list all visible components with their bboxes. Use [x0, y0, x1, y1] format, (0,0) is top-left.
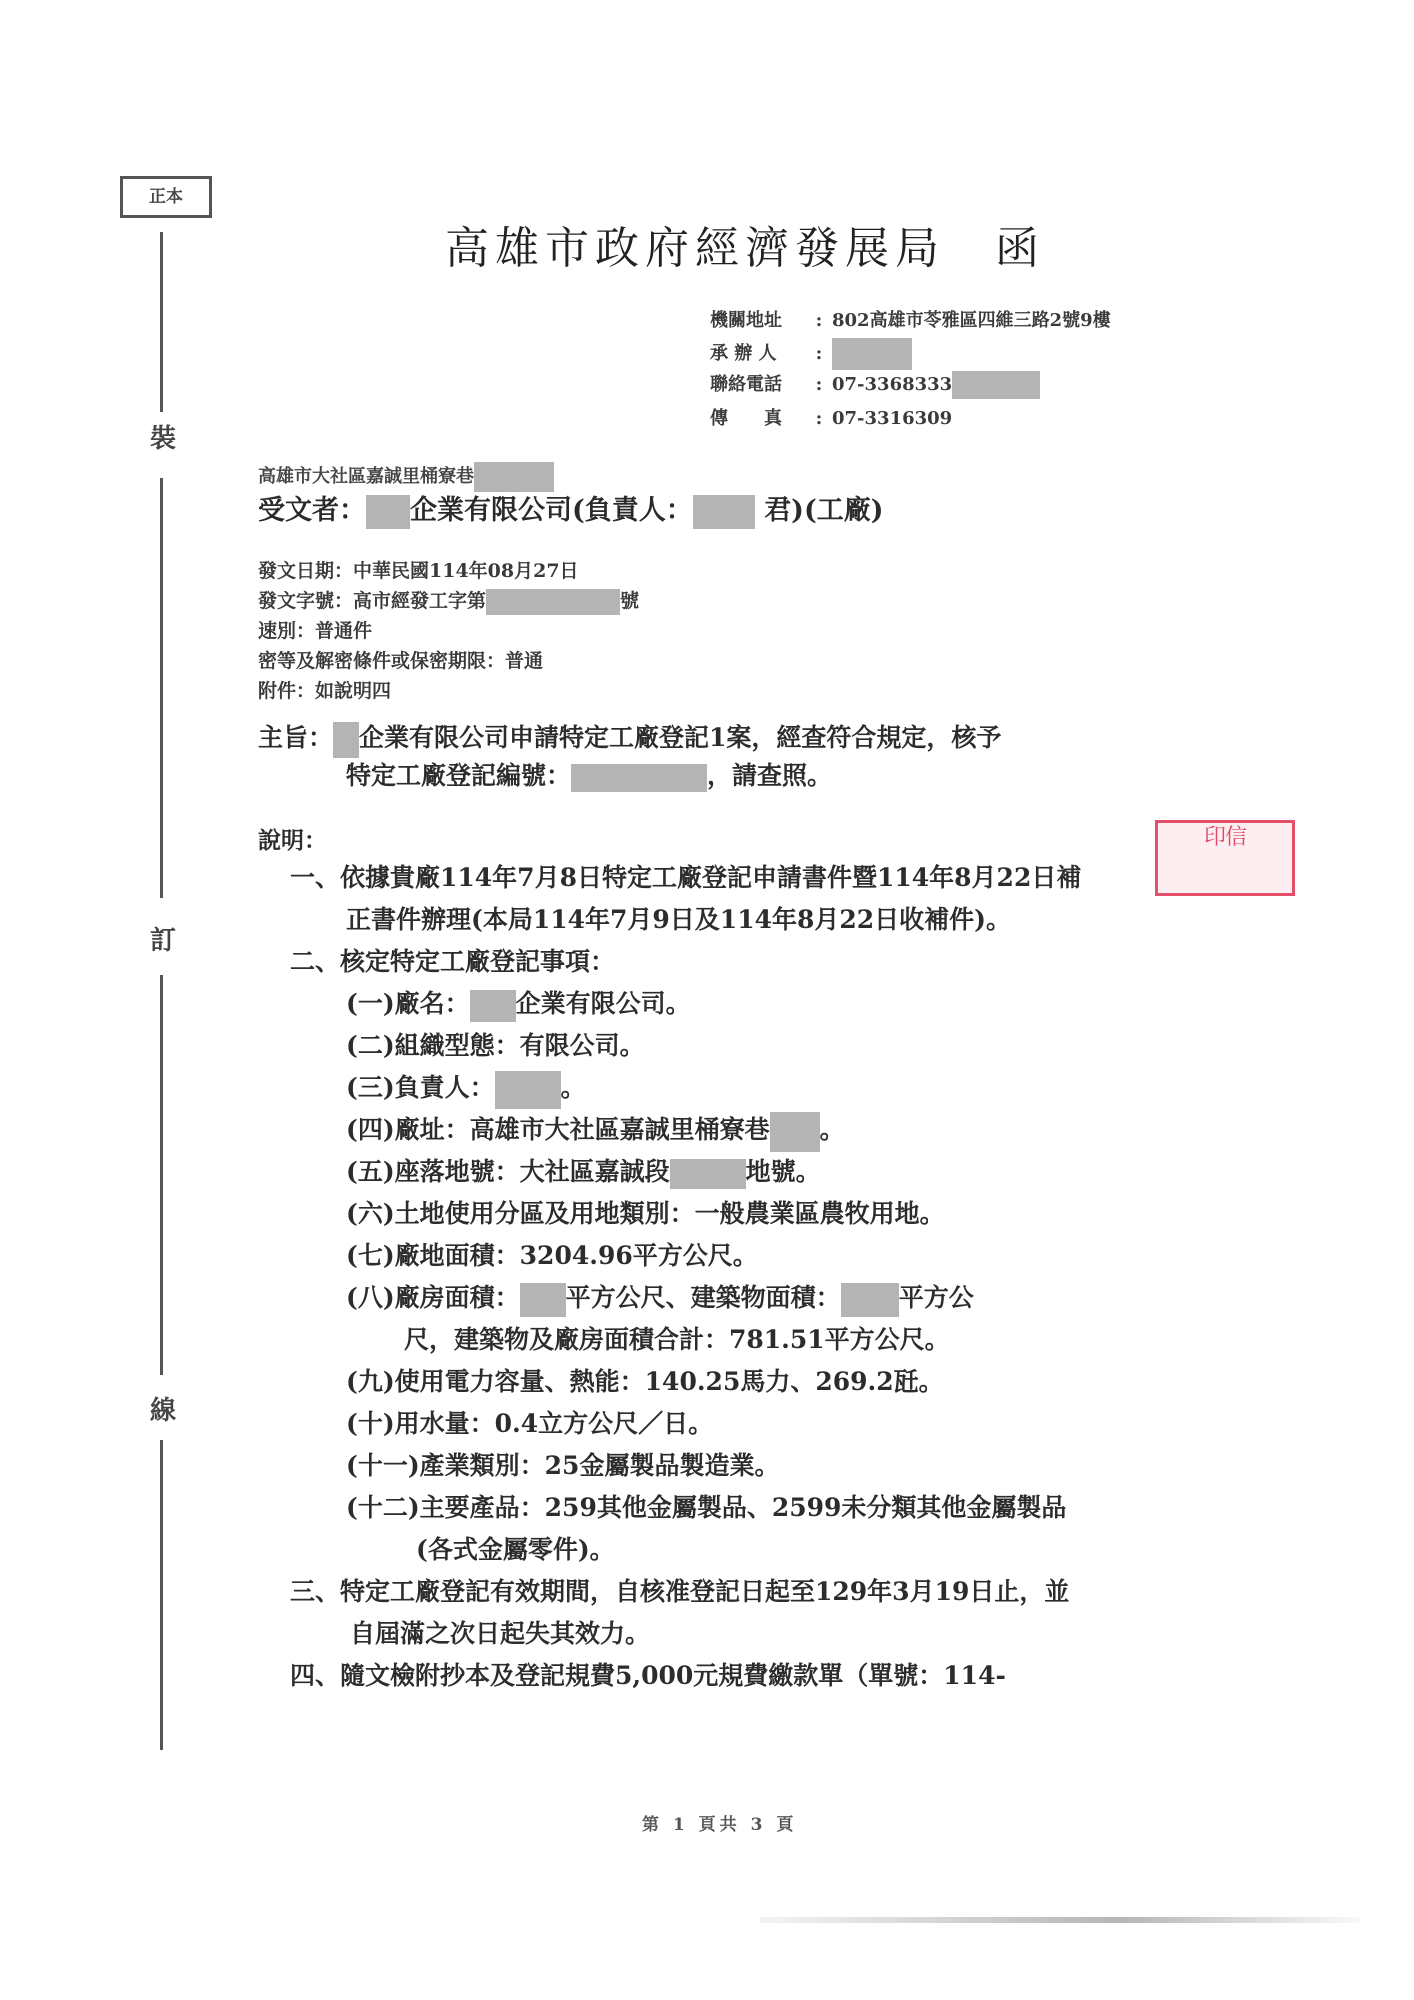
explanation-item-2-heading: 二、核定特定工廠登記事項： [290, 942, 615, 978]
phone-row: 聯絡電話:07-3368333 [710, 370, 1040, 399]
item-organization-type: (二)組織型態：有限公司。 [346, 1026, 645, 1062]
redacted-owner [495, 1071, 561, 1109]
phone-value: 07-3368333 [832, 374, 952, 395]
attachment-note: 附件：如說明四 [258, 676, 391, 703]
redacted-building-area [841, 1283, 899, 1317]
redacted-doc-number [486, 589, 620, 615]
explanation-item-4-line-1: 四、隨文檢附抄本及登記規費5,000元規費繳款單（單號：114- [290, 1656, 1006, 1692]
explanation-item-1-line-1: 一、依據貴廠114年7月8日特定工廠登記申請書件暨114年8月22日補 [290, 858, 1081, 894]
binding-line [160, 975, 163, 1375]
item-building-area-line-2: 尺，建築物及廠房面積合計：781.51平方公尺。 [404, 1320, 950, 1356]
item-main-products: (十二)主要產品：259其他金屬製品、2599未分類其他金屬製品 [346, 1488, 1066, 1524]
secrecy-level: 密等及解密條件或保密期限：普通 [258, 646, 543, 673]
copy-type-box: 正本 [120, 176, 212, 218]
item-land-use-zoning: (六)土地使用分區及用地類別：一般農業區農牧用地。 [346, 1194, 945, 1230]
redacted-company [333, 722, 359, 758]
redacted-company [470, 990, 516, 1022]
item-responsible-person: (三)負責人：。 [346, 1068, 586, 1109]
redacted-handler [832, 338, 912, 370]
redacted-registration-number [571, 764, 707, 792]
fax-row: 傳 真:07-3316309 [710, 404, 952, 430]
fax-label: 傳 真 [710, 404, 806, 430]
agency-address-row: 機關地址:802高雄市苓雅區四維三路2號9樓 [710, 306, 1111, 332]
document-number: 發文字號：高市經發工字第號 [258, 586, 639, 615]
agency-address-label: 機關地址 [710, 306, 806, 332]
item-main-products-line-2: (各式金屬零件)。 [416, 1530, 615, 1566]
binding-mark-ding: 訂 [150, 920, 176, 957]
item-water-usage: (十)用水量：0.4立方公尺／日。 [346, 1404, 713, 1440]
agency-address-value: 802高雄市苓雅區四維三路2號9樓 [832, 310, 1111, 331]
item-factory-name: (一)廠名：企業有限公司。 [346, 984, 691, 1022]
official-seal: 印信 [1155, 820, 1295, 896]
recipient-line: 受文者：企業有限公司(負責人： 君)(工廠) [258, 488, 884, 529]
phone-label: 聯絡電話 [710, 370, 806, 396]
explanation-label: 說明： [258, 822, 327, 855]
scan-artifact [760, 1917, 1360, 1923]
item-site-area: (七)廠地面積：3204.96平方公尺。 [346, 1236, 758, 1272]
handler-label: 承 辦 人 [710, 339, 806, 365]
binding-mark-zhuang: 裝 [150, 418, 176, 455]
page-number: 第 1 頁共 3 頁 [642, 1810, 797, 1835]
item-industry-category: (十一)產業類別：25金屬製品製造業。 [346, 1446, 779, 1482]
item-factory-address: (四)廠址：高雄市大社區嘉誠里桶寮巷。 [346, 1110, 845, 1152]
redacted-owner [693, 495, 755, 529]
subject-line-2: 特定工廠登記編號：，請查照。 [346, 756, 832, 792]
item-power-capacity: (九)使用電力容量、熱能：140.25馬力、269.2瓩。 [346, 1362, 944, 1398]
handler-row: 承 辦 人: [710, 338, 912, 370]
redacted-land-number [670, 1159, 746, 1189]
redacted-extension [952, 371, 1040, 399]
subject-line-1: 主旨：企業有限公司申請特定工廠登記1案，經查符合規定，核予 [258, 718, 1001, 758]
binding-line [160, 1440, 163, 1750]
redacted-company [366, 495, 410, 529]
item-land-number: (五)座落地號：大社區嘉誠段地號。 [346, 1152, 821, 1189]
item-building-area: (八)廠房面積：平方公尺、建築物面積：平方公 [346, 1278, 974, 1317]
fax-value: 07-3316309 [832, 408, 952, 429]
document-title: 高雄市政府經濟發展局 函 [445, 212, 1045, 276]
binding-mark-xian: 線 [150, 1390, 176, 1427]
redacted-plant-area [520, 1283, 566, 1317]
explanation-item-1-line-2: 正書件辦理(本局114年7月9日及114年8月22日收補件)。 [346, 900, 1011, 936]
issue-date: 發文日期：中華民國114年08月27日 [258, 556, 579, 583]
delivery-speed: 速別：普通件 [258, 616, 372, 643]
redacted-address [770, 1112, 820, 1152]
explanation-item-3-line-1: 三、特定工廠登記有效期間，自核准登記日起至129年3月19日止，並 [290, 1572, 1069, 1608]
binding-line [160, 478, 163, 898]
binding-line [160, 232, 163, 412]
explanation-item-3-line-2: 自屆滿之次日起失其效力。 [350, 1614, 650, 1650]
